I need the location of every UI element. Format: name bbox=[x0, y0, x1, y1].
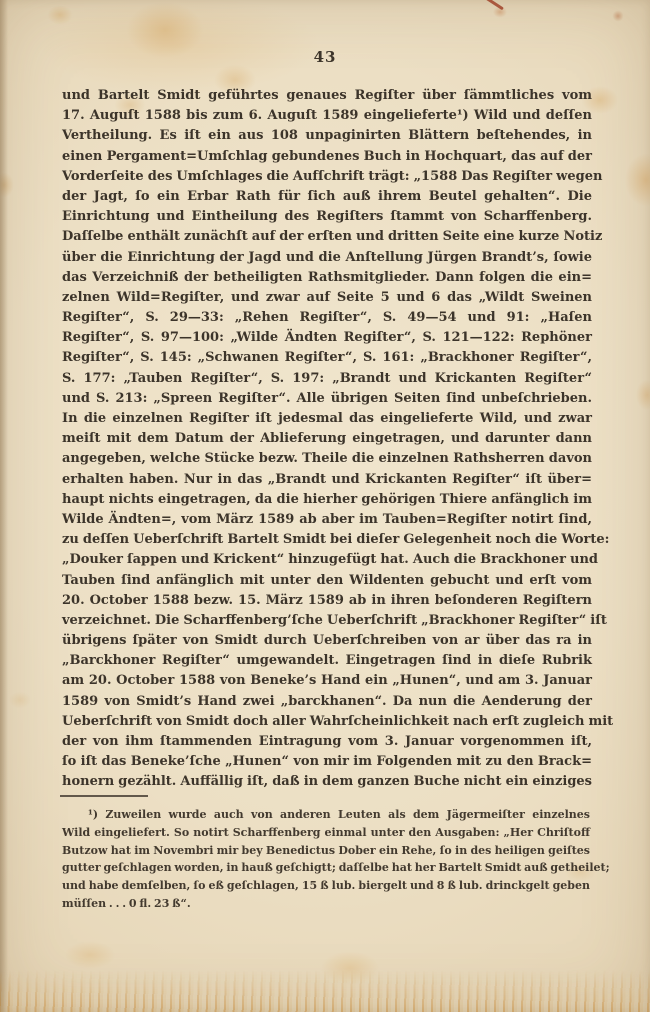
red-ink-mark bbox=[482, 0, 504, 10]
scanned-book-page: 43 und Bartelt Smidt geführtes genaues R… bbox=[0, 0, 650, 1012]
body-text-line: über die Einrichtung der Jagd und die An… bbox=[62, 248, 592, 268]
page-number: 43 bbox=[0, 48, 650, 66]
body-text-line: Wilde Ändten=, vom März 1589 ab aber im … bbox=[62, 510, 592, 530]
body-text-line: Regiſter“, S. 145: „Schwanen Regiſter“, … bbox=[62, 348, 592, 368]
body-text-line: zelnen Wild=Regiſter, und zwar auf Seite… bbox=[62, 288, 592, 308]
body-text-line: und S. 213: „Spreen Regiſter“. Alle übri… bbox=[62, 389, 592, 409]
body-text-line: 20. October 1588 bezw. 15. März 1589 ab … bbox=[62, 591, 592, 611]
body-text-line: Vertheilung. Es iſt ein aus 108 unpagini… bbox=[62, 126, 592, 146]
footnote-rule bbox=[60, 795, 148, 797]
body-text-line: 1589 von Smidt’s Hand zwei „barckhanen“.… bbox=[62, 692, 592, 712]
body-text-line: zu deſſen Ueberſchrift Bartelt Smidt bei… bbox=[62, 530, 592, 550]
body-text-line: ſo iſt das Beneke’ſche „Hunen“ von mir i… bbox=[62, 752, 592, 772]
footnote-line: Wild eingeliefert. So notirt Scharffenbe… bbox=[62, 824, 590, 842]
footnote-line: und habe demſelben, ſo eß geſchlagen, 15… bbox=[62, 877, 590, 895]
body-text-line: 17. Auguſt 1588 bis zum 6. Auguſt 1589 e… bbox=[62, 106, 592, 126]
body-text-line: erhalten haben. Nur in das „Brandt und K… bbox=[62, 470, 592, 490]
body-text-line: einen Pergament=Umſchlag gebundenes Buch… bbox=[62, 147, 592, 167]
body-text-line: meiſt mit dem Datum der Ablieferung eing… bbox=[62, 429, 592, 449]
footnote-line: müſſen . . . 0 fl. 23 ß“. bbox=[62, 895, 590, 913]
footnote-line: gutter geſchlagen worden, in hauß geſchi… bbox=[62, 859, 590, 877]
deckle-edge-left bbox=[0, 0, 8, 1012]
body-text-block: und Bartelt Smidt geführtes genaues Regi… bbox=[62, 86, 592, 793]
body-text-line: Tauben ſind anfänglich mit unter den Wil… bbox=[62, 571, 592, 591]
body-text-line: „Douker ſappen und Krickent“ hinzugefügt… bbox=[62, 550, 592, 570]
body-text-line: Vorderſeite des Umſchlages die Aufſchrif… bbox=[62, 167, 592, 187]
body-text-line: übrigens ſpäter von Smidt durch Ueberſch… bbox=[62, 631, 592, 651]
body-text-line: angegeben, welche Stücke bezw. Theile di… bbox=[62, 449, 592, 469]
body-text-line: das Verzeichniß der betheiligten Rathsmi… bbox=[62, 268, 592, 288]
body-text-line: verzeichnet. Die Scharffenberg’ſche Uebe… bbox=[62, 611, 592, 631]
body-text-line: und Bartelt Smidt geführtes genaues Regi… bbox=[62, 86, 592, 106]
body-text-line: Daſſelbe enthält zunächſt auf der erſten… bbox=[62, 227, 592, 247]
bottom-foxing-band bbox=[0, 970, 650, 1012]
body-text-line: der Jagt, ſo ein Erbar Rath für ſich auß… bbox=[62, 187, 592, 207]
footnote-line: ¹) Zuweilen wurde auch von anderen Leute… bbox=[62, 806, 590, 824]
footnote-line: Butzow hat im Novembri mir bey Benedictu… bbox=[62, 842, 590, 860]
body-text-line: In die einzelnen Regiſter iſt jedesmal d… bbox=[62, 409, 592, 429]
body-text-line: der von ihm ſtammenden Eintragung vom 3.… bbox=[62, 732, 592, 752]
body-text-line: Regiſter“, S. 29—33: „Rehen Regiſter“, S… bbox=[62, 308, 592, 328]
body-text-line: honern gezählt. Auffällig iſt, daß in de… bbox=[62, 772, 592, 792]
body-text-line: „Barckhoner Regiſter“ umgewandelt. Einge… bbox=[62, 651, 592, 671]
body-text-line: Ueberſchrift von Smidt doch aller Wahrſc… bbox=[62, 712, 592, 732]
footnote-block: ¹) Zuweilen wurde auch von anderen Leute… bbox=[62, 806, 590, 913]
body-text-line: am 20. October 1588 von Beneke’s Hand ei… bbox=[62, 671, 592, 691]
body-text-line: Regiſter“, S. 97—100: „Wilde Ändten Regi… bbox=[62, 328, 592, 348]
body-text-line: Einrichtung und Eintheilung des Regiſter… bbox=[62, 207, 592, 227]
body-text-line: haupt nichts eingetragen, da die hierher… bbox=[62, 490, 592, 510]
body-text-line: S. 177: „Tauben Regiſter“, S. 197: „Bran… bbox=[62, 369, 592, 389]
